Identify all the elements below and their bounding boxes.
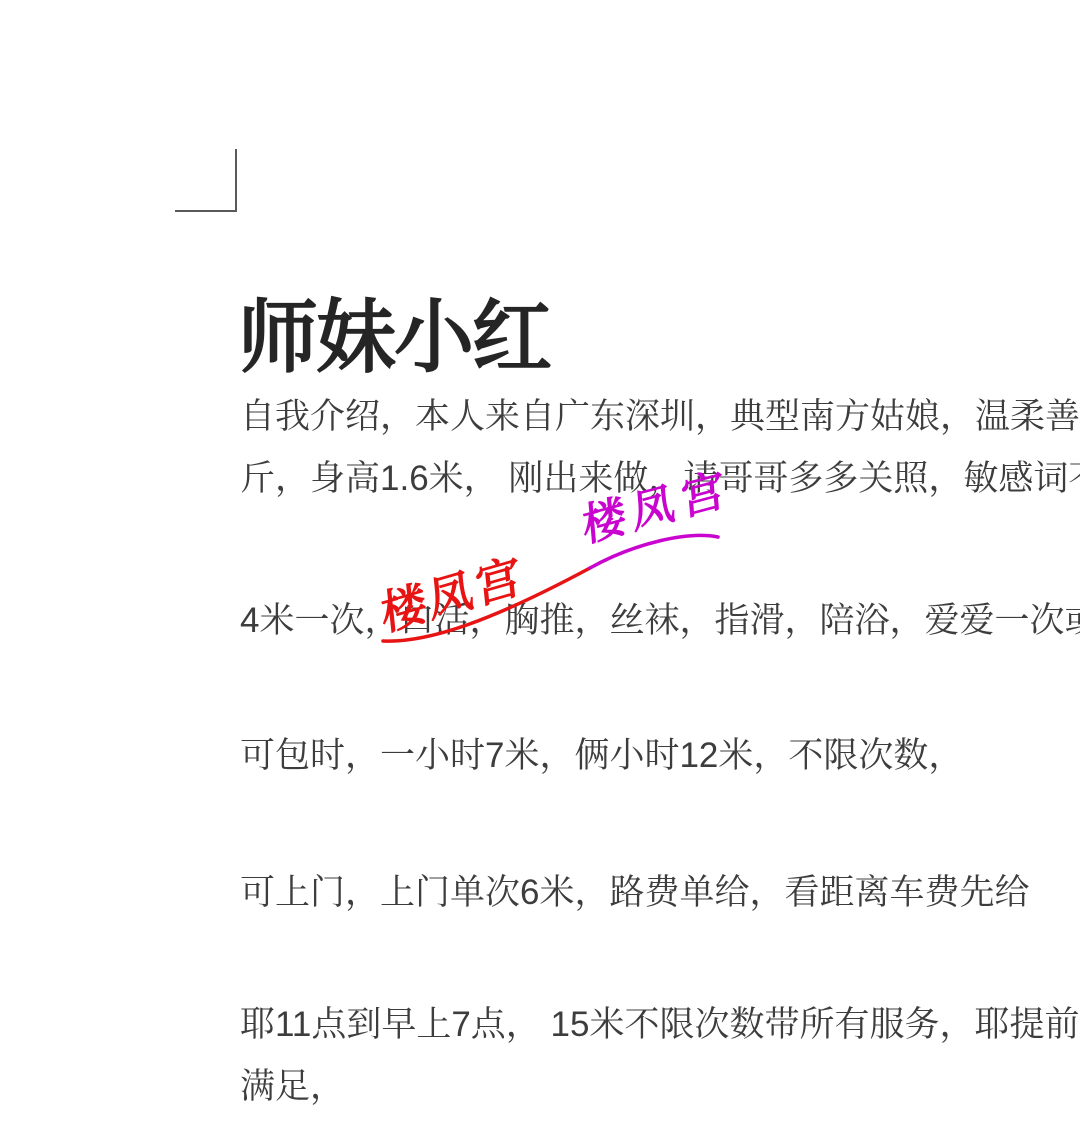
document-title: 师妹小红 — [238, 294, 550, 382]
paragraph-4-line-1: 可上门，上门单次6米，路费单给，看距离车费先给 — [240, 872, 1029, 914]
document-page: 师妹小红 自我介绍，本人来自广东深圳，典型南方姑娘，温柔善 斤，身高1.6米， … — [0, 0, 1080, 1144]
paragraph-5-line-1: 耶11点到早上7点， 15米不限次数带所有服务，耶提前预 — [240, 1004, 1080, 1046]
paragraph-1-line-1: 自我介绍，本人来自广东深圳，典型南方姑娘，温柔善 — [240, 396, 1080, 438]
paragraph-3-line-1: 可包时，一小时7米，俩小时12米，不限次数， — [240, 735, 963, 777]
text-boundary-corner-mark — [175, 149, 237, 212]
paragraph-5-line-2: 满足， — [240, 1066, 345, 1108]
